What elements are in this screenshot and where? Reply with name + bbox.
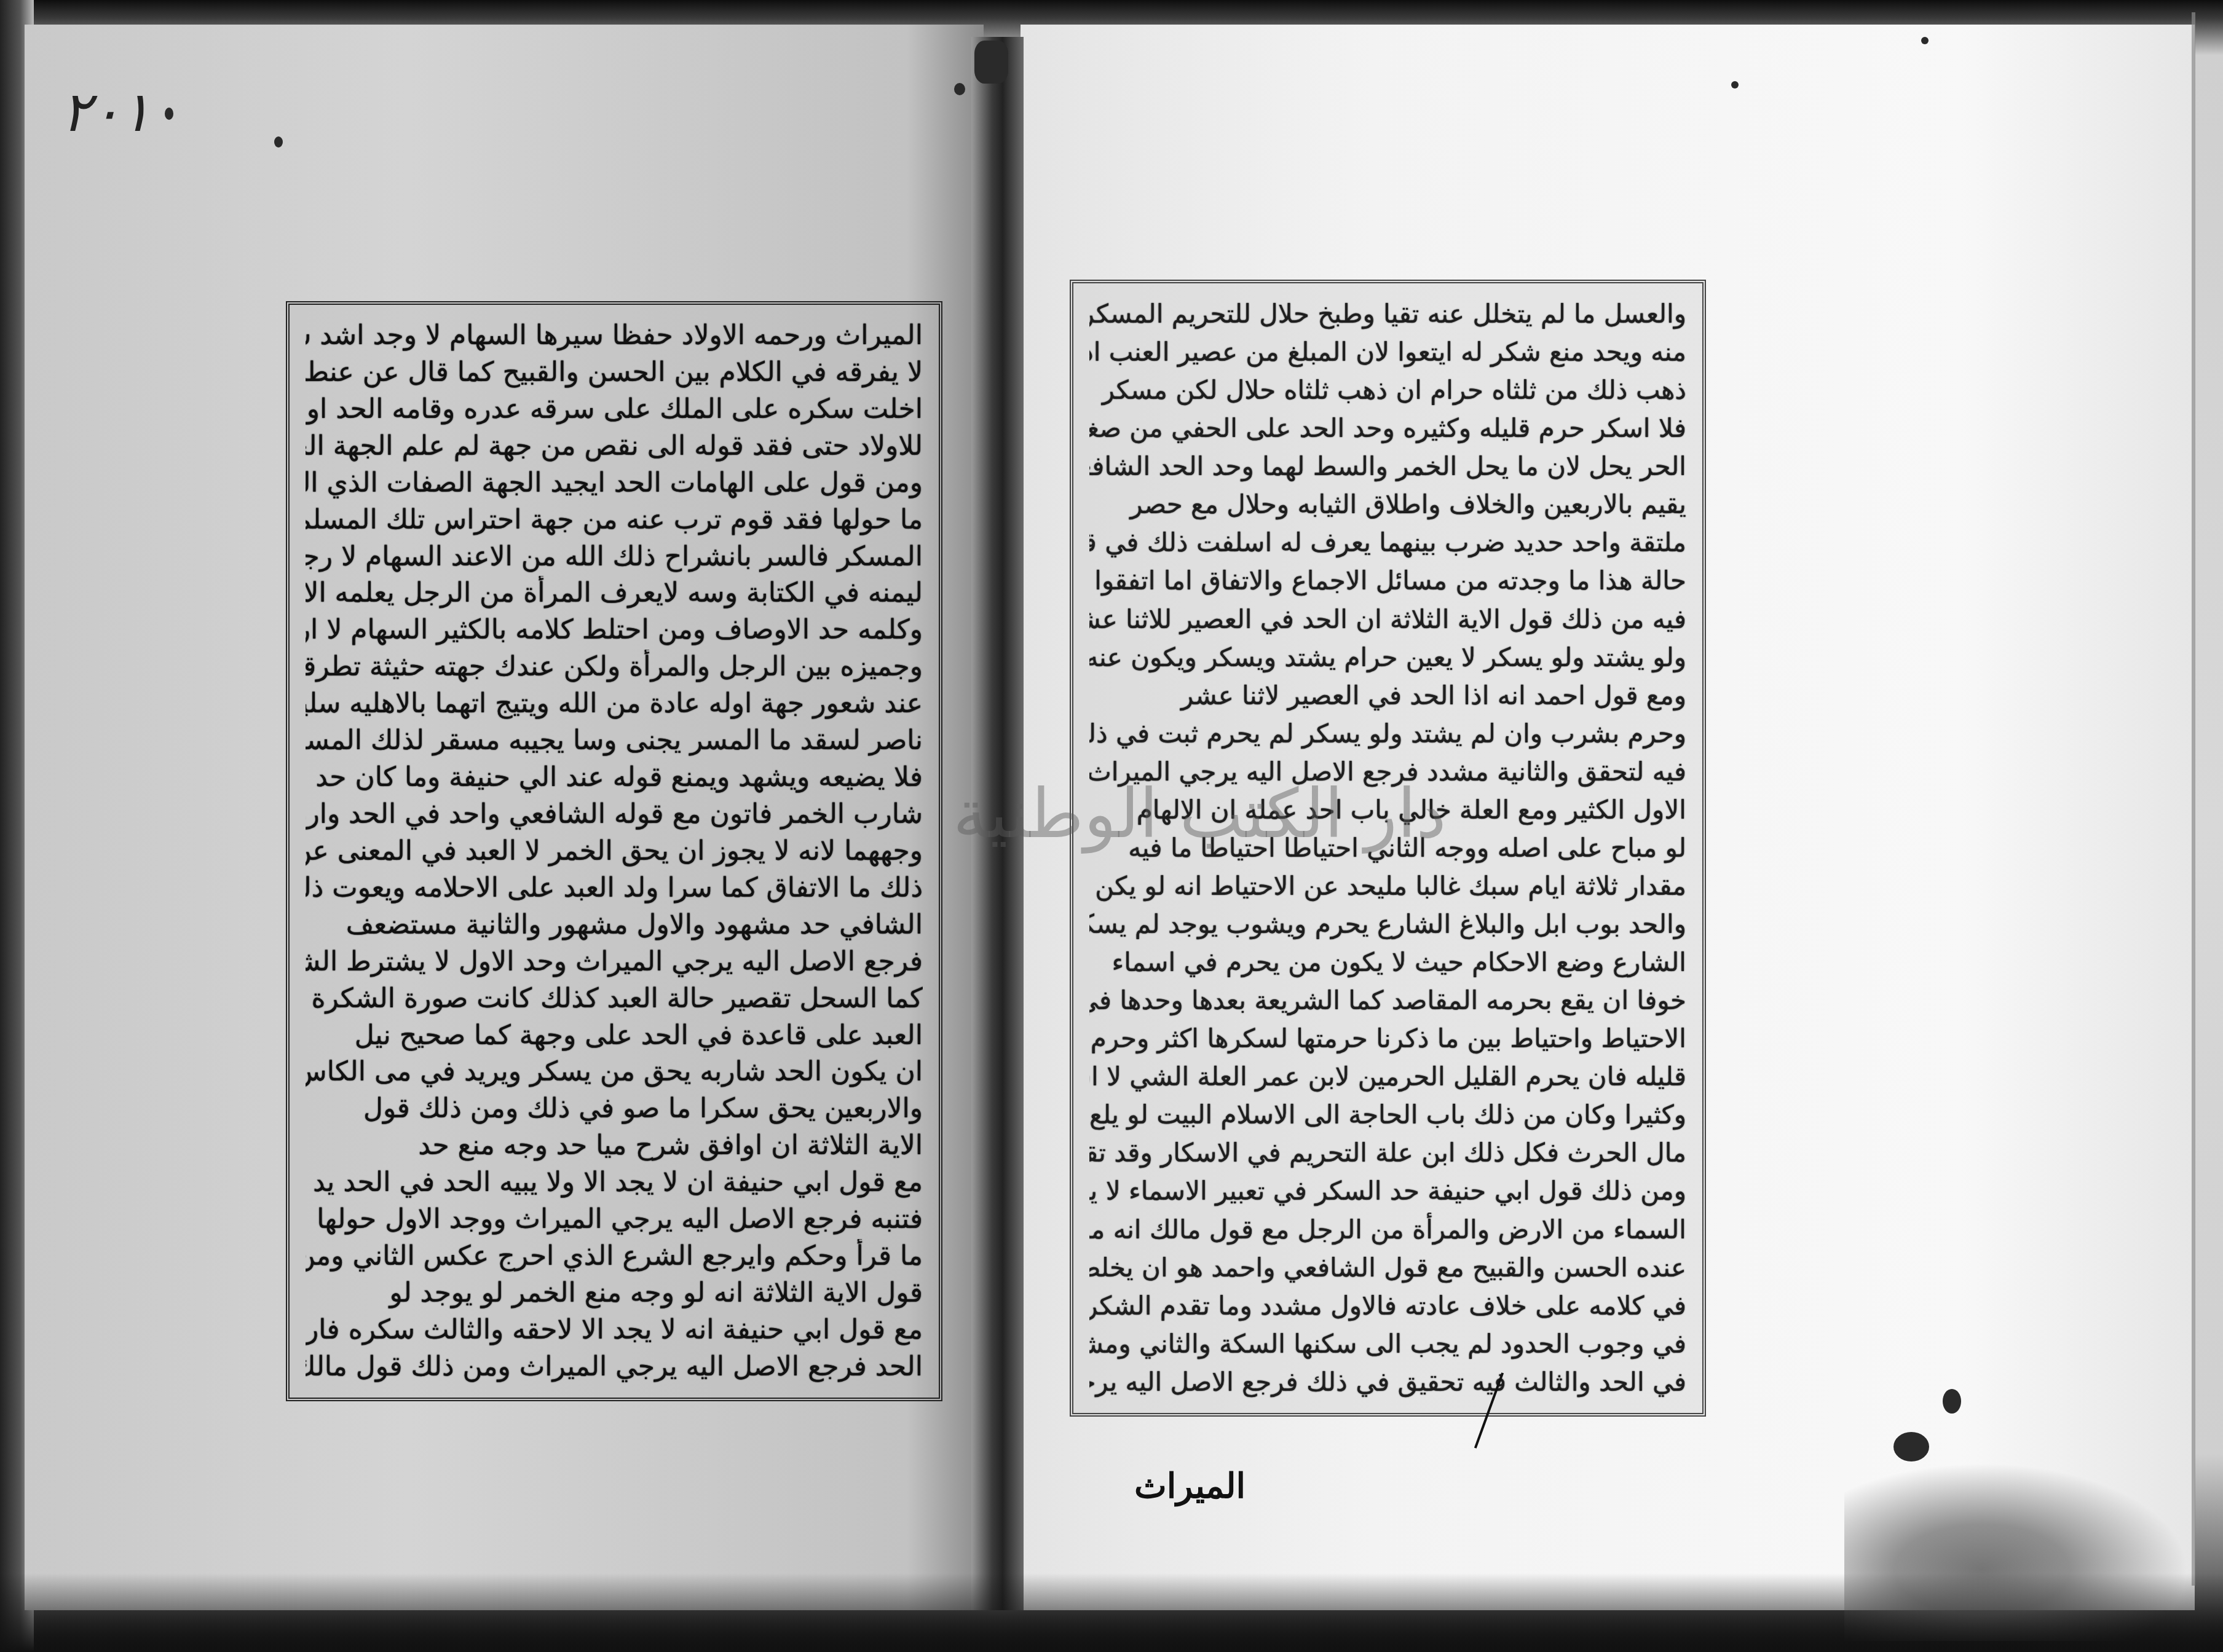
manuscript-text-line: ولو يشتد ولو يسكر لا يعين حرام يشتد ويسك… (1089, 640, 1686, 675)
ink-blot (1893, 1432, 1929, 1461)
manuscript-text-line: ملتقة واحد حديد ضرب بينهما يعرف له اسلفت… (1089, 525, 1686, 560)
manuscript-text-line: قليله فان يحرم القليل الحرمين لابن عمر ا… (1089, 1060, 1686, 1094)
manuscript-text-line: ما قرأ وحكم وايرجع الشرع الذي احرج عكس ا… (306, 1239, 923, 1273)
manuscript-text-line: العبد على قاعدة في الحد على وجهة كما صحي… (306, 1018, 923, 1053)
manuscript-text-line: كما السحل تقصير حالة العبد كذلك كانت صور… (306, 981, 923, 1016)
left-page-text-frame: الميراث ورحمه الاولاد حفظا سيرها السهام … (286, 301, 942, 1401)
manuscript-text-line: ذلك ما الاتفاق كما سرا ولد العبد على الا… (306, 871, 923, 905)
manuscript-text-line: عنده الحسن والقبيح مع قول الشافعي واحمد … (1089, 1251, 1686, 1285)
ink-blot (1943, 1389, 1961, 1414)
catchword: الميراث (1134, 1466, 1246, 1506)
manuscript-text-line: مع قول ابي حنيفة انه لا يجد الا لاحقه وا… (306, 1313, 923, 1347)
manuscript-text-line: والحد بوب ابل والبلاغ الشارع يحرم ويشوب … (1089, 907, 1686, 942)
manuscript-text-line: في كلامه على خلاف عادته فالاول مشدد وما … (1089, 1289, 1686, 1323)
manuscript-text-line: منه ويحد منع شكر له ايتعوا لان المبلغ من… (1089, 335, 1686, 369)
manuscript-text-line: وكثيرا وكان من ذلك باب الحاجة الى الاسلا… (1089, 1098, 1686, 1132)
manuscript-text-line: الميراث ورحمه الاولاد حفظا سيرها السهام … (306, 318, 923, 353)
manuscript-text-line: اخلت سكره على الملك على سرقه عدره وقامه … (306, 392, 923, 427)
manuscript-text-line: في الحد والثالث فيه تحقيق في ذلك فرجع ال… (1089, 1365, 1686, 1399)
manuscript-text-line: فتنبه فرجع الاصل اليه يرجي الميراث ووجد … (306, 1202, 923, 1237)
manuscript-text-line: للاولاد حتى فقد قوله الى نقص من جهة لم ع… (306, 429, 923, 463)
manuscript-text-line: ناصر لسقد ما المسر يجنى وسا يجيبه مسقر ل… (306, 723, 923, 758)
manuscript-text-line: قول الاية الثلاثة انه لو وجه منع الخمر ل… (306, 1276, 923, 1310)
manuscript-text-line: والعسل ما لم يتخلل عنه تقيا وطبخ حلال لل… (1089, 297, 1686, 331)
manuscript-text-line: خوفا ان يقع بحرمه المقاصد كما الشريعة بع… (1089, 983, 1686, 1018)
manuscript-text-line: ما حولها فقد قوم ترب عنه من جهة احتراس ت… (306, 503, 923, 537)
manuscript-text-line: وحرم بشرب وان لم يشتد ولو يسكر لم يحرم ث… (1089, 717, 1686, 751)
manuscript-text-line: حالة هذا ما وجدته من مسائل الاجماع والات… (1089, 564, 1686, 598)
manuscript-text-line: الاحتياط واحتياط بين ما ذكرنا حرمتها لسك… (1089, 1021, 1686, 1056)
manuscript-text-line: شارب الخمر فاتون مع قوله الشافعي واحد في… (306, 797, 923, 832)
manuscript-text-line: فرجع الاصل اليه يرجي الميراث وحد الاول ل… (306, 945, 923, 979)
manuscript-text-line: الشافي حد مشهود والاول مشهور والثانية مس… (306, 908, 923, 942)
manuscript-text-line: فلا يضيعه ويشهد ويمنع قوله عند الي حنيفة… (306, 760, 923, 795)
manuscript-text-line: مال الحرث فكل ذلك ابن علة التحريم في الا… (1089, 1136, 1686, 1170)
manuscript-text-line: ومن قول على الهامات الحد ايجيد الجهة الص… (306, 466, 923, 500)
spine-blot (974, 41, 1008, 84)
manuscript-text-line: لا يفرقه في الكلام بين الحسن والقبيح كما… (306, 355, 923, 390)
ink-spot (274, 136, 283, 147)
scan-bottom-shadow (0, 1573, 2223, 1652)
manuscript-text-line: عند شعور جهة اوله عادة من الله ويتيج اته… (306, 686, 923, 721)
ink-spot (1731, 81, 1739, 88)
manuscript-text-line: المسكر فالسر بانشراح ذلك الله من الاعند … (306, 540, 923, 574)
manuscript-text-line: يقيم بالاربعين والخلاف واطلاق الثيابه وح… (1089, 487, 1686, 522)
manuscript-text-line: مقدار ثلاثة ايام سبك غالبا مليحد عن الاح… (1089, 869, 1686, 903)
manuscript-text-line: وكلمه حد الاوصاف ومن احتلط كلامه بالكثير… (306, 613, 923, 647)
manuscript-text-line: السماء من الارض والمرأة من الرجل مع قول … (1089, 1213, 1686, 1247)
manuscript-text-line: الحر يحل لان ما يحل الخمر والسط لهما وحد… (1089, 449, 1686, 484)
manuscript-text-line: مع قول ابي حنيفة ان لا يجد الا ولا يبيه … (306, 1165, 923, 1200)
manuscript-text-line: وجميزه بين الرجل والمرأة ولكن عندك جهته … (306, 650, 923, 684)
right-page-edge (2192, 12, 2195, 1586)
manuscript-text-line: ان يكون الحد شاربه يحق من يسكر ويريد في … (306, 1055, 923, 1089)
manuscript-text-line: ومع قول احمد انه اذا الحد في العصير لاثن… (1089, 678, 1686, 713)
left-page-text-block: الميراث ورحمه الاولاد حفظا سيرها السهام … (306, 318, 923, 1384)
folio-number: ٢٠١ (61, 80, 151, 144)
manuscript-text-line: وجههما لانه لا يجوز ان يحق الخمر لا العب… (306, 834, 923, 868)
manuscript-text-line: في وجوب الحدود لم يجب الى سكنها السكة وا… (1089, 1327, 1686, 1361)
manuscript-text-line: فيه من ذلك قول الاية الثلاثة ان الحد في … (1089, 602, 1686, 637)
manuscript-text-line: الاية الثلاثة ان اوافق شرح ميا حد وجه من… (306, 1128, 923, 1163)
library-watermark: دار الكتب الوطنية (953, 774, 1446, 853)
manuscript-text-line: ليمنه في الكتابة وسه لايعرف المرأة من ال… (306, 576, 923, 610)
manuscript-text-line: فلا اسكر حرم قليله وكثيره وحد الحد على ا… (1089, 411, 1686, 446)
manuscript-text-line: ذهب ذلك من ثلثاه حرام ان ذهب ثلثاه حلال … (1089, 373, 1686, 407)
ink-spot (954, 83, 965, 95)
ink-spot (165, 108, 173, 120)
manuscript-text-line: والاربعين يحق سكرا ما صو في ذلك ومن ذلك … (306, 1091, 923, 1126)
ink-spot (1921, 37, 1929, 44)
manuscript-text-line: ومن ذلك قول ابي حنيفة حد السكر في تعبير … (1089, 1174, 1686, 1208)
manuscript-text-line: الشارع وضع الاحكام حيث لا يكون من يحرم ف… (1089, 945, 1686, 980)
manuscript-text-line: الحد فرجع الاصل اليه يرجي الميراث ومن ذل… (306, 1350, 923, 1384)
